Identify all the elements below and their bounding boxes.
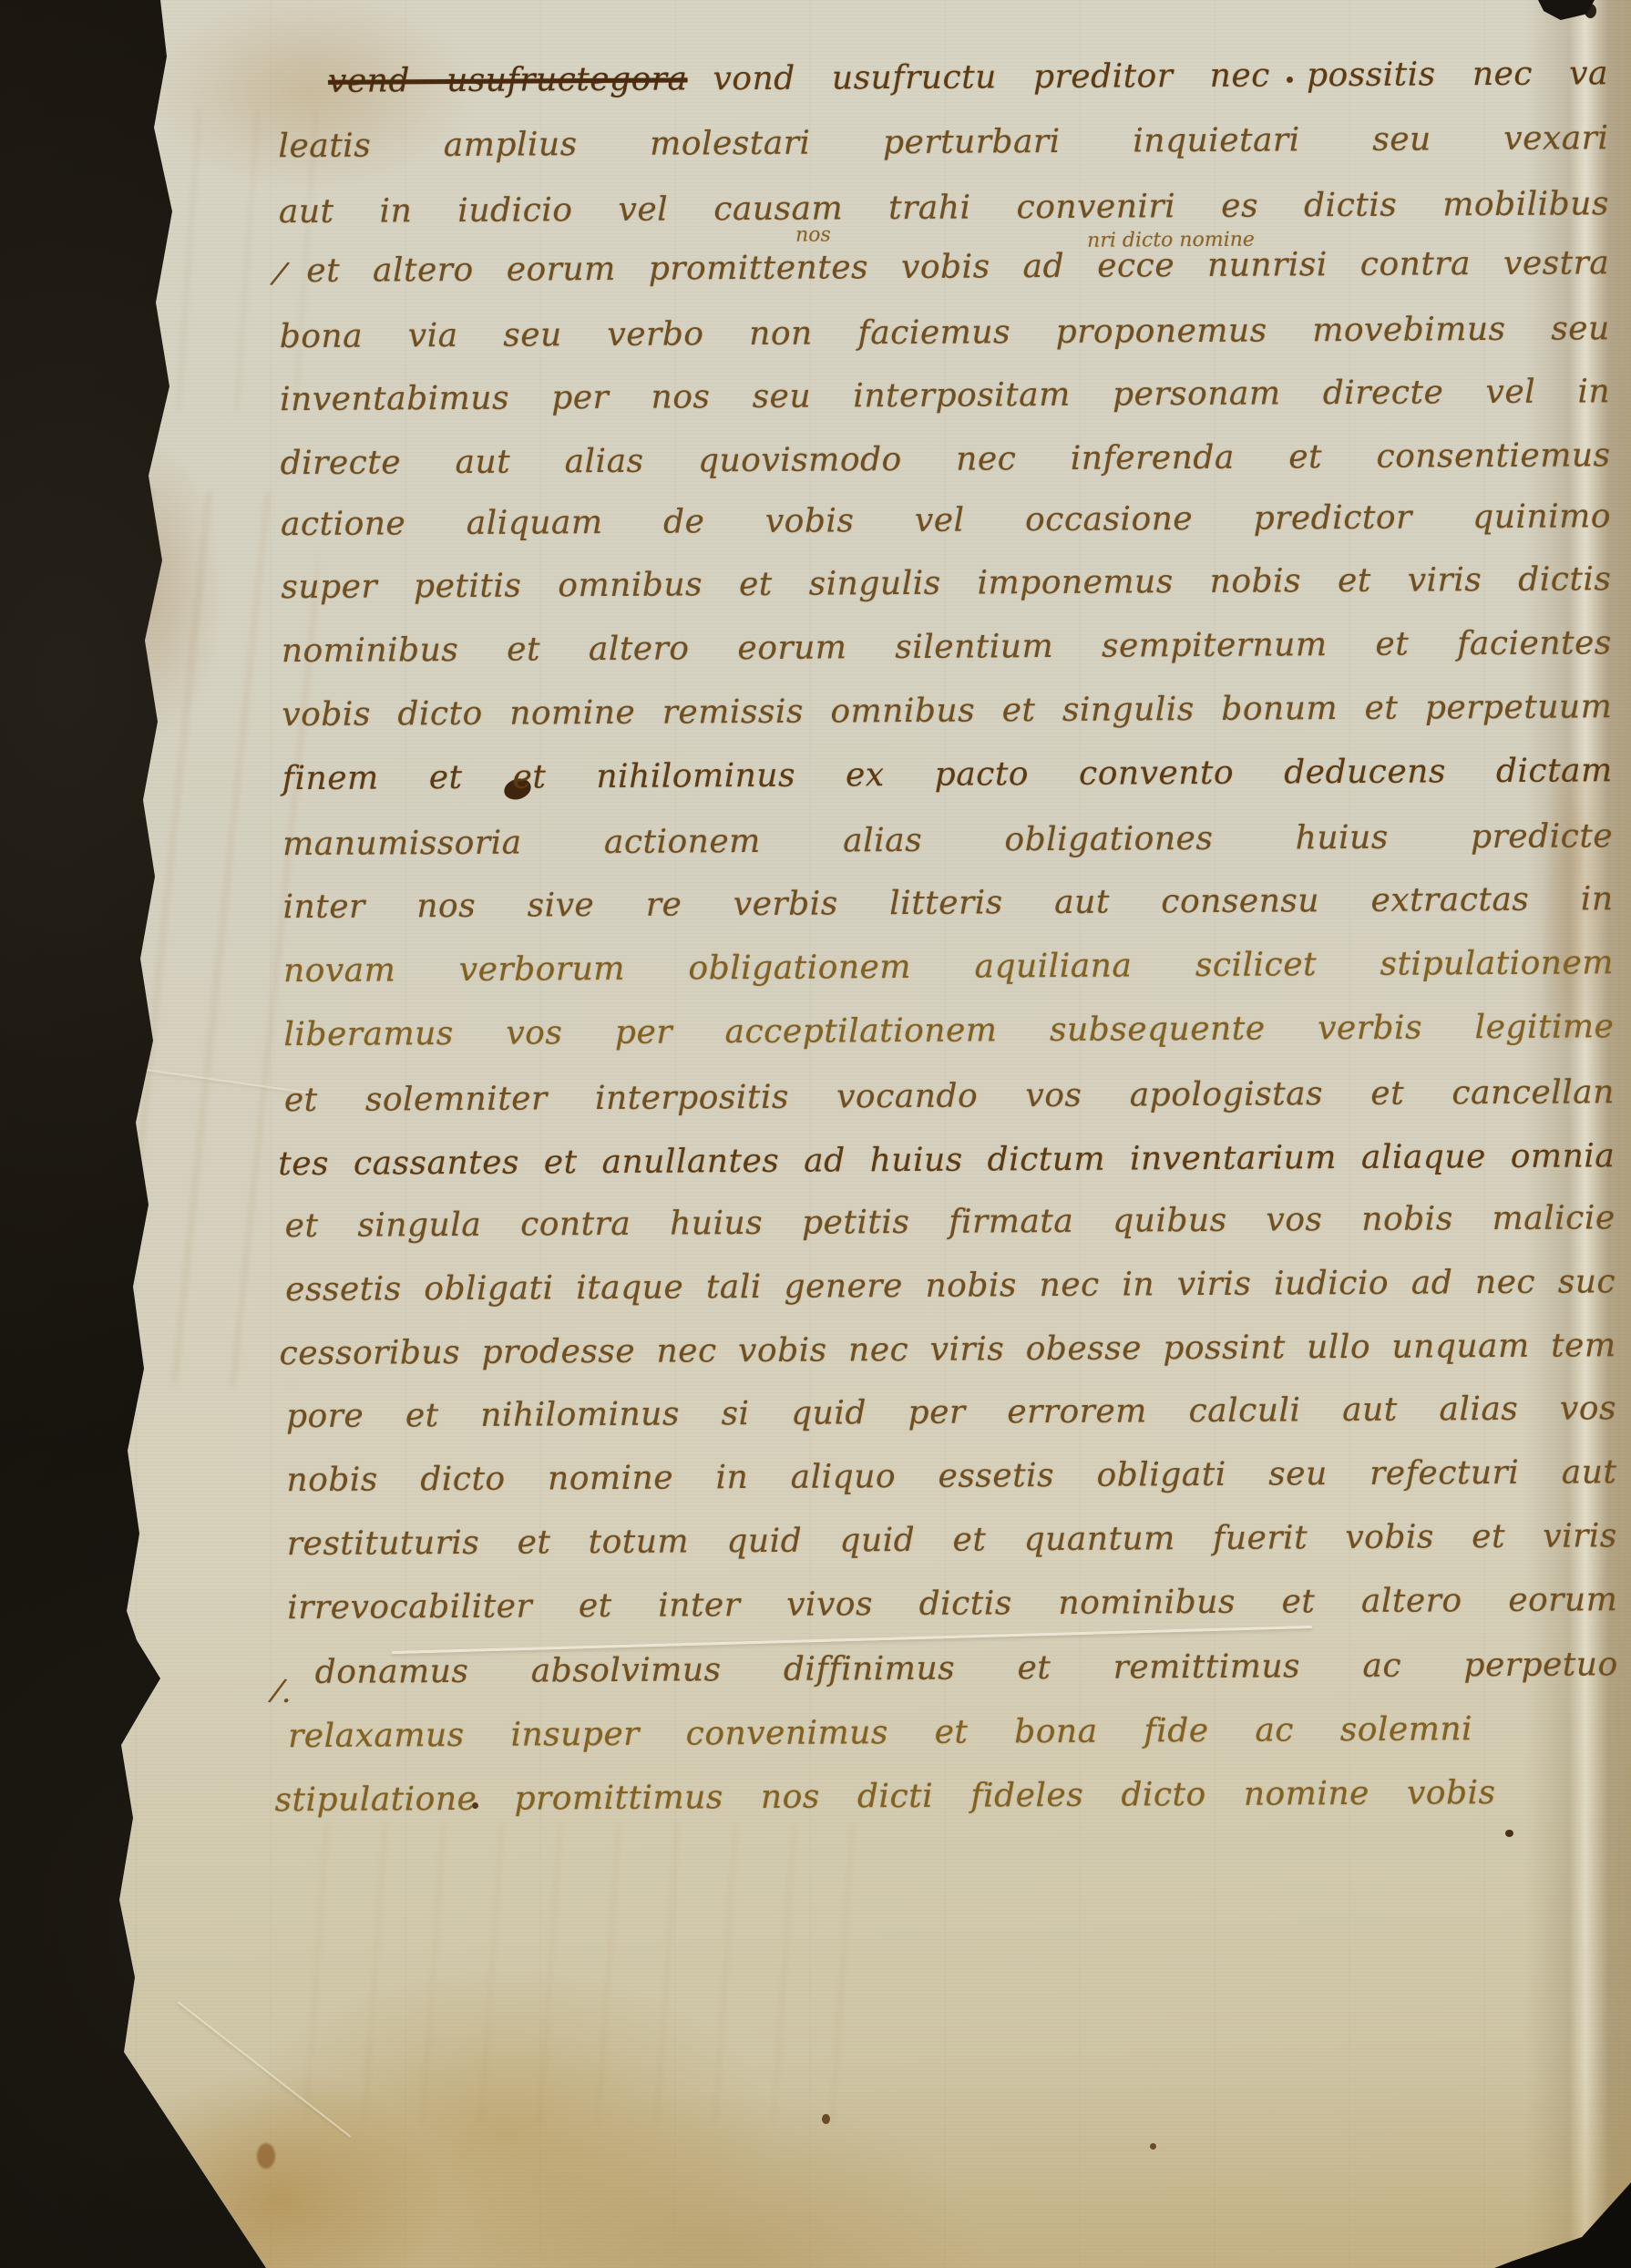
manuscript-line: cessoribus prodesse nec vobis nec viris …: [279, 1320, 1616, 1381]
margin-mark: /: [272, 256, 289, 291]
manuscript-line: vend usufructegoravond usufructu predito…: [328, 48, 1608, 109]
manuscript-line: inter nos sive re verbis litteris aut co…: [282, 874, 1613, 935]
manuscript-line: restituturis et totum quid quid et quant…: [287, 1511, 1617, 1572]
manuscript-line: donamus absolvimus diffinimus et remitti…: [315, 1639, 1618, 1700]
manuscript-page: vend usufructegoravond usufructu predito…: [0, 0, 1631, 2268]
manuscript-line: directe aut alias quovismodo nec inferen…: [280, 430, 1610, 491]
manuscript-line: pore et nihilominus si quid per errorem …: [286, 1383, 1616, 1444]
manuscript-line: et solemniter interpositis vocando vos a…: [284, 1067, 1615, 1128]
manuscript-line: aut in iudicio vel causam trahi convenir…: [279, 179, 1609, 240]
manuscript-line: novam verborum obligationem aquiliana sc…: [283, 938, 1614, 999]
handwritten-text-block: vend usufructegoravond usufructu predito…: [0, 0, 1631, 2268]
interlinear-insertion: nri dicto nomine: [1087, 230, 1255, 252]
manuscript-line: actione aliquam de vobis vel occasione p…: [281, 491, 1611, 552]
manuscript-line: relaxamus insuper convenimus et bona fid…: [288, 1704, 1472, 1764]
manuscript-line: bona via seu verbo non faciemus proponem…: [280, 303, 1610, 364]
manuscript-line: nominibus et altero eorum silentium semp…: [282, 618, 1612, 679]
manuscript-line: vobis dicto nomine remissis omnibus et s…: [282, 682, 1612, 743]
manuscript-line: et singula contra huius petitis firmata …: [285, 1193, 1616, 1254]
manuscript-line: nobis dicto nomine in aliquo essetis obl…: [286, 1447, 1616, 1508]
manuscript-line: finem et et nihilominus ex pacto convent…: [282, 745, 1613, 806]
interlinear-insertion: nos: [795, 224, 831, 246]
manuscript-line: liberamus vos per acceptilationem subseq…: [283, 1001, 1614, 1062]
manuscript-line: et altero eorum promittentes vobis ad ec…: [306, 238, 1609, 299]
manuscript-line: super petitis omnibus et singulis impone…: [281, 554, 1611, 615]
manuscript-line: leatis amplius molestari perturbari inqu…: [278, 113, 1608, 174]
photographed-manuscript: vend usufructegoravond usufructu predito…: [0, 0, 1631, 2268]
struck-out-text: vend usufructegora: [328, 60, 688, 99]
manuscript-line: inventabimus per nos seu interpositam pe…: [280, 366, 1610, 427]
manuscript-line: essetis obligati itaque tali genere nobi…: [285, 1257, 1616, 1318]
manuscript-line: stipulatione promittimus nos dicti fidel…: [274, 1768, 1495, 1828]
manuscript-line: tes cassantes et anullantes ad huius dic…: [278, 1131, 1615, 1192]
margin-mark: /.: [270, 1674, 295, 1709]
line-text: vond usufructu preditor nec possitis nec…: [713, 55, 1608, 97]
manuscript-line: manumissoria actionem alias obligationes…: [282, 811, 1613, 872]
manuscript-line: irrevocabiliter et inter vivos dictis no…: [287, 1575, 1617, 1636]
